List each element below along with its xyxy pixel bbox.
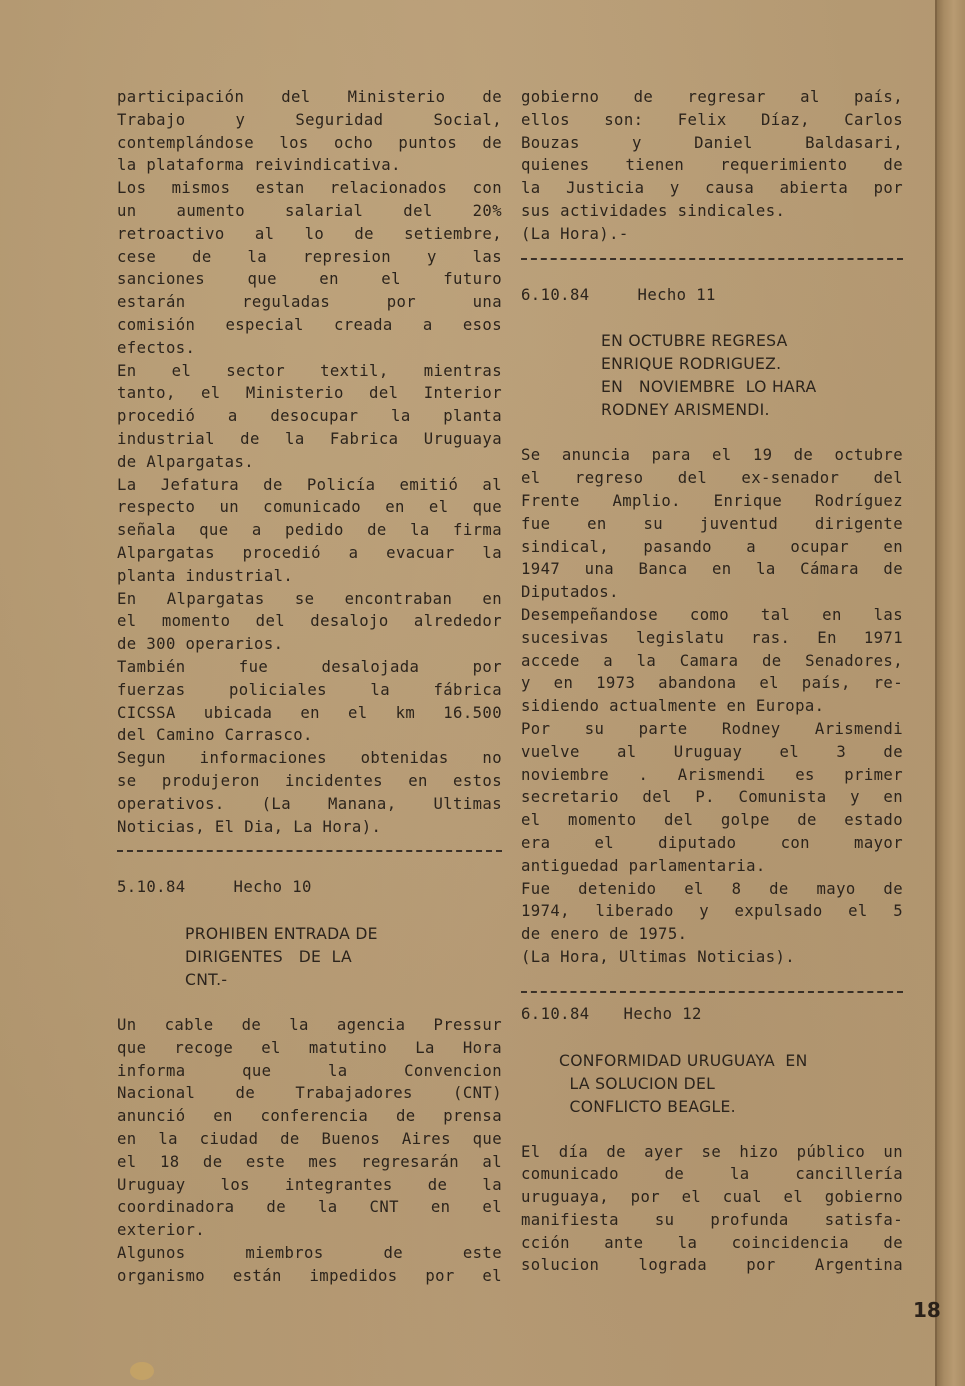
text-line: comisión especial creada a esos (117, 314, 502, 337)
text-line: Desempeñandose como tal en las (521, 604, 903, 627)
hecho-12-label: Hecho 12 (624, 1003, 702, 1026)
text-line: manifiesta su profunda satisfa- (521, 1209, 903, 1232)
text-line: fuerzas policiales la fábrica (117, 679, 502, 702)
paragraph: Un cable de la agencia Pressurque recoge… (117, 1014, 502, 1242)
headline-line: DIRIGENTES DE LA (185, 946, 502, 969)
hecho-11-date: 6.10.84 (521, 284, 590, 307)
text-line: accede a la Camara de Senadores, (521, 650, 903, 673)
hecho-11-label: Hecho 11 (638, 284, 716, 307)
dashed-separator (521, 991, 903, 993)
text-line: de 300 operarios. (117, 633, 502, 656)
text-line: CICSSA ubicada en el km 16.500 (117, 702, 502, 725)
text-line: secretario del P. Comunista y en (521, 786, 903, 809)
text-line: la plataforma reivindicativa. (117, 154, 502, 177)
text-line: de enero de 1975. (521, 923, 903, 946)
text-line: En Alpargatas se encontraban en (117, 588, 502, 611)
continuation-paragraph: gobierno de regresar al país,ellos son: … (521, 86, 903, 246)
paragraph: El día de ayer se hizo público uncomunic… (521, 1141, 903, 1278)
text-line: Por su parte Rodney Arismendi (521, 718, 903, 741)
paragraph: También fue desalojada porfuerzas polici… (117, 656, 502, 747)
text-line: comunicado de la cancillería (521, 1163, 903, 1186)
hecho-10-label: Hecho 10 (234, 876, 312, 899)
text-line: se produjeron incidentes en estos (117, 770, 502, 793)
text-line: participación del Ministerio de (117, 86, 502, 109)
headline-line: ENRIQUE RODRIGUEZ. (601, 353, 903, 376)
text-line: cese de la represion y las (117, 246, 502, 269)
text-line: La Jefatura de Policía emitió al (117, 474, 502, 497)
text-line: el regreso del ex-senador del (521, 467, 903, 490)
text-line: Frente Amplio. Enrique Rodríguez (521, 490, 903, 513)
hecho-10-headline: PROHIBEN ENTRADA DE DIRIGENTES DE LA CNT… (117, 923, 502, 992)
text-line: organismo están impedidos por el (117, 1265, 502, 1288)
text-line: planta industrial. (117, 565, 502, 588)
left-column: participación del Ministerio deTrabajo y… (117, 86, 502, 1288)
text-line: era el diputado con mayor (521, 832, 903, 855)
paragraph: En el sector textil, mientrastanto, el M… (117, 360, 502, 474)
text-line: el momento del desalojo alrededor (117, 610, 502, 633)
text-line: exterior. (117, 1219, 502, 1242)
text-line: Algunos miembros de este (117, 1242, 502, 1265)
paragraph: gobierno de regresar al país,ellos son: … (521, 86, 903, 246)
paragraph: En Alpargatas se encontraban enel moment… (117, 588, 502, 656)
text-line: un aumento salarial del 20% (117, 200, 502, 223)
text-line: fue en su juventud dirigente (521, 513, 903, 536)
text-line: (La Hora).- (521, 223, 903, 246)
dashed-separator (117, 850, 502, 852)
text-line: Noticias, El Dia, La Hora). (117, 816, 502, 839)
text-line: Uruguay los integrantes de la (117, 1174, 502, 1197)
headline-line: PROHIBEN ENTRADA DE (185, 923, 502, 946)
text-line: sidiendo actualmente en Europa. (521, 695, 903, 718)
hecho-11-headline: EN OCTUBRE REGRESA ENRIQUE RODRIGUEZ. EN… (521, 330, 903, 422)
paragraph: Los mismos estan relacionados conun aume… (117, 177, 502, 359)
text-line: Nacional de Trabajadores (CNT) (117, 1082, 502, 1105)
text-line: quienes tienen requerimiento de (521, 154, 903, 177)
text-line: retroactivo al lo de setiembre, (117, 223, 502, 246)
text-line: Alpargatas procedió a evacuar la (117, 542, 502, 565)
text-line: Segun informaciones obtenidas no (117, 747, 502, 770)
headline-line: RODNEY ARISMENDI. (601, 399, 903, 422)
hecho-12-header: 6.10.84 Hecho 12 (521, 1003, 903, 1026)
page-binding-edge (935, 0, 965, 1386)
text-line: Se anuncia para el 19 de octubre (521, 444, 903, 467)
text-line: del Camino Carrasco. (117, 724, 502, 747)
text-line: efectos. (117, 337, 502, 360)
text-line: procedió a desocupar la planta (117, 405, 502, 428)
text-line: ellos son: Felix Díaz, Carlos (521, 109, 903, 132)
text-line: vuelve al Uruguay el 3 de (521, 741, 903, 764)
headline-line: CONFORMIDAD URUGUAYA EN (559, 1050, 903, 1073)
hecho-10-header: 5.10.84 Hecho 10 (117, 876, 502, 899)
text-line: Fue detenido el 8 de mayo de (521, 878, 903, 901)
hecho-10-body: Un cable de la agencia Pressurque recoge… (117, 1014, 502, 1288)
text-line: señala que a pedido de la firma (117, 519, 502, 542)
text-line: antiguedad parlamentaria. (521, 855, 903, 878)
text-line: 1974, liberado y expulsado el 5 (521, 900, 903, 923)
text-line: anunció en conferencia de prensa (117, 1105, 502, 1128)
text-line: En el sector textil, mientras (117, 360, 502, 383)
paragraph: Desempeñandose como tal en lassucesivas … (521, 604, 903, 718)
hecho-12-body: El día de ayer se hizo público uncomunic… (521, 1141, 903, 1278)
text-line: en la ciudad de Buenos Aires que (117, 1128, 502, 1151)
text-line: el momento del golpe de estado (521, 809, 903, 832)
text-line: sucesivas legislatu ras. En 1971 (521, 627, 903, 650)
text-line: Trabajo y Seguridad Social, (117, 109, 502, 132)
paragraph: participación del Ministerio deTrabajo y… (117, 86, 502, 177)
text-line: sanciones que en el futuro (117, 268, 502, 291)
headline-line: LA SOLUCION DEL (559, 1073, 903, 1096)
text-line: Bouzas y Daniel Baldasari, (521, 132, 903, 155)
text-line: También fue desalojada por (117, 656, 502, 679)
text-line: Diputados. (521, 581, 903, 604)
text-line: informa que la Convencion (117, 1060, 502, 1083)
paragraph: Se anuncia para el 19 de octubreel regre… (521, 444, 903, 604)
text-line: coordinadora de la CNT en el (117, 1196, 502, 1219)
text-line: Los mismos estan relacionados con (117, 177, 502, 200)
text-line: 1947 una Banca en la Cámara de (521, 558, 903, 581)
headline-line: EN OCTUBRE REGRESA (601, 330, 903, 353)
headline-line: CONFLICTO BEAGLE. (559, 1096, 903, 1119)
dashed-separator (521, 258, 903, 260)
text-line: el 18 de este mes regresarán al (117, 1151, 502, 1174)
hecho-12-headline: CONFORMIDAD URUGUAYA EN LA SOLUCION DEL … (521, 1050, 903, 1119)
text-line: de Alpargatas. (117, 451, 502, 474)
text-line: noviembre . Arismendi es primer (521, 764, 903, 787)
text-line: Un cable de la agencia Pressur (117, 1014, 502, 1037)
text-line: y en 1973 abandona el país, re- (521, 672, 903, 695)
hecho-11-header: 6.10.84 Hecho 11 (521, 284, 903, 307)
text-line: que recoge el matutino La Hora (117, 1037, 502, 1060)
text-line: tanto, el Ministerio del Interior (117, 382, 502, 405)
text-line: respecto un comunicado en el que (117, 496, 502, 519)
text-line: solucion lograda por Argentina (521, 1254, 903, 1277)
text-line: cción ante la coincidencia de (521, 1232, 903, 1255)
paragraph: Fue detenido el 8 de mayo de1974, libera… (521, 878, 903, 946)
paragraph: Segun informaciones obtenidas nose produ… (117, 747, 502, 838)
hecho-10-date: 5.10.84 (117, 876, 186, 899)
text-line: operativos. (La Manana, Ultimas (117, 793, 502, 816)
text-line: industrial de la Fabrica Uruguaya (117, 428, 502, 451)
page-number: 18 (913, 1298, 941, 1322)
paragraph: Algunos miembros de esteorganismo están … (117, 1242, 502, 1288)
text-line: contemplándose los ocho puntos de (117, 132, 502, 155)
text-line: sindical, pasando a ocupar en (521, 536, 903, 559)
paper-stain (130, 1362, 154, 1380)
text-line: gobierno de regresar al país, (521, 86, 903, 109)
text-line: la Justicia y causa abierta por (521, 177, 903, 200)
hecho-11-body: Se anuncia para el 19 de octubreel regre… (521, 444, 903, 968)
headline-line: EN NOVIEMBRE LO HARA (601, 376, 903, 399)
headline-line: CNT.- (185, 969, 502, 992)
right-column: gobierno de regresar al país,ellos son: … (521, 86, 903, 1277)
paragraph: (La Hora, Ultimas Noticias). (521, 946, 903, 969)
paragraph: Por su parte Rodney Arismendivuelve al U… (521, 718, 903, 878)
text-line: estarán reguladas por una (117, 291, 502, 314)
text-line: (La Hora, Ultimas Noticias). (521, 946, 903, 969)
text-line: uruguaya, por el cual el gobierno (521, 1186, 903, 1209)
text-line: sus actividades sindicales. (521, 200, 903, 223)
paragraph: La Jefatura de Policía emitió alrespecto… (117, 474, 502, 588)
text-line: El día de ayer se hizo público un (521, 1141, 903, 1164)
intro-paragraphs: participación del Ministerio deTrabajo y… (117, 86, 502, 838)
hecho-12-date: 6.10.84 (521, 1003, 590, 1026)
